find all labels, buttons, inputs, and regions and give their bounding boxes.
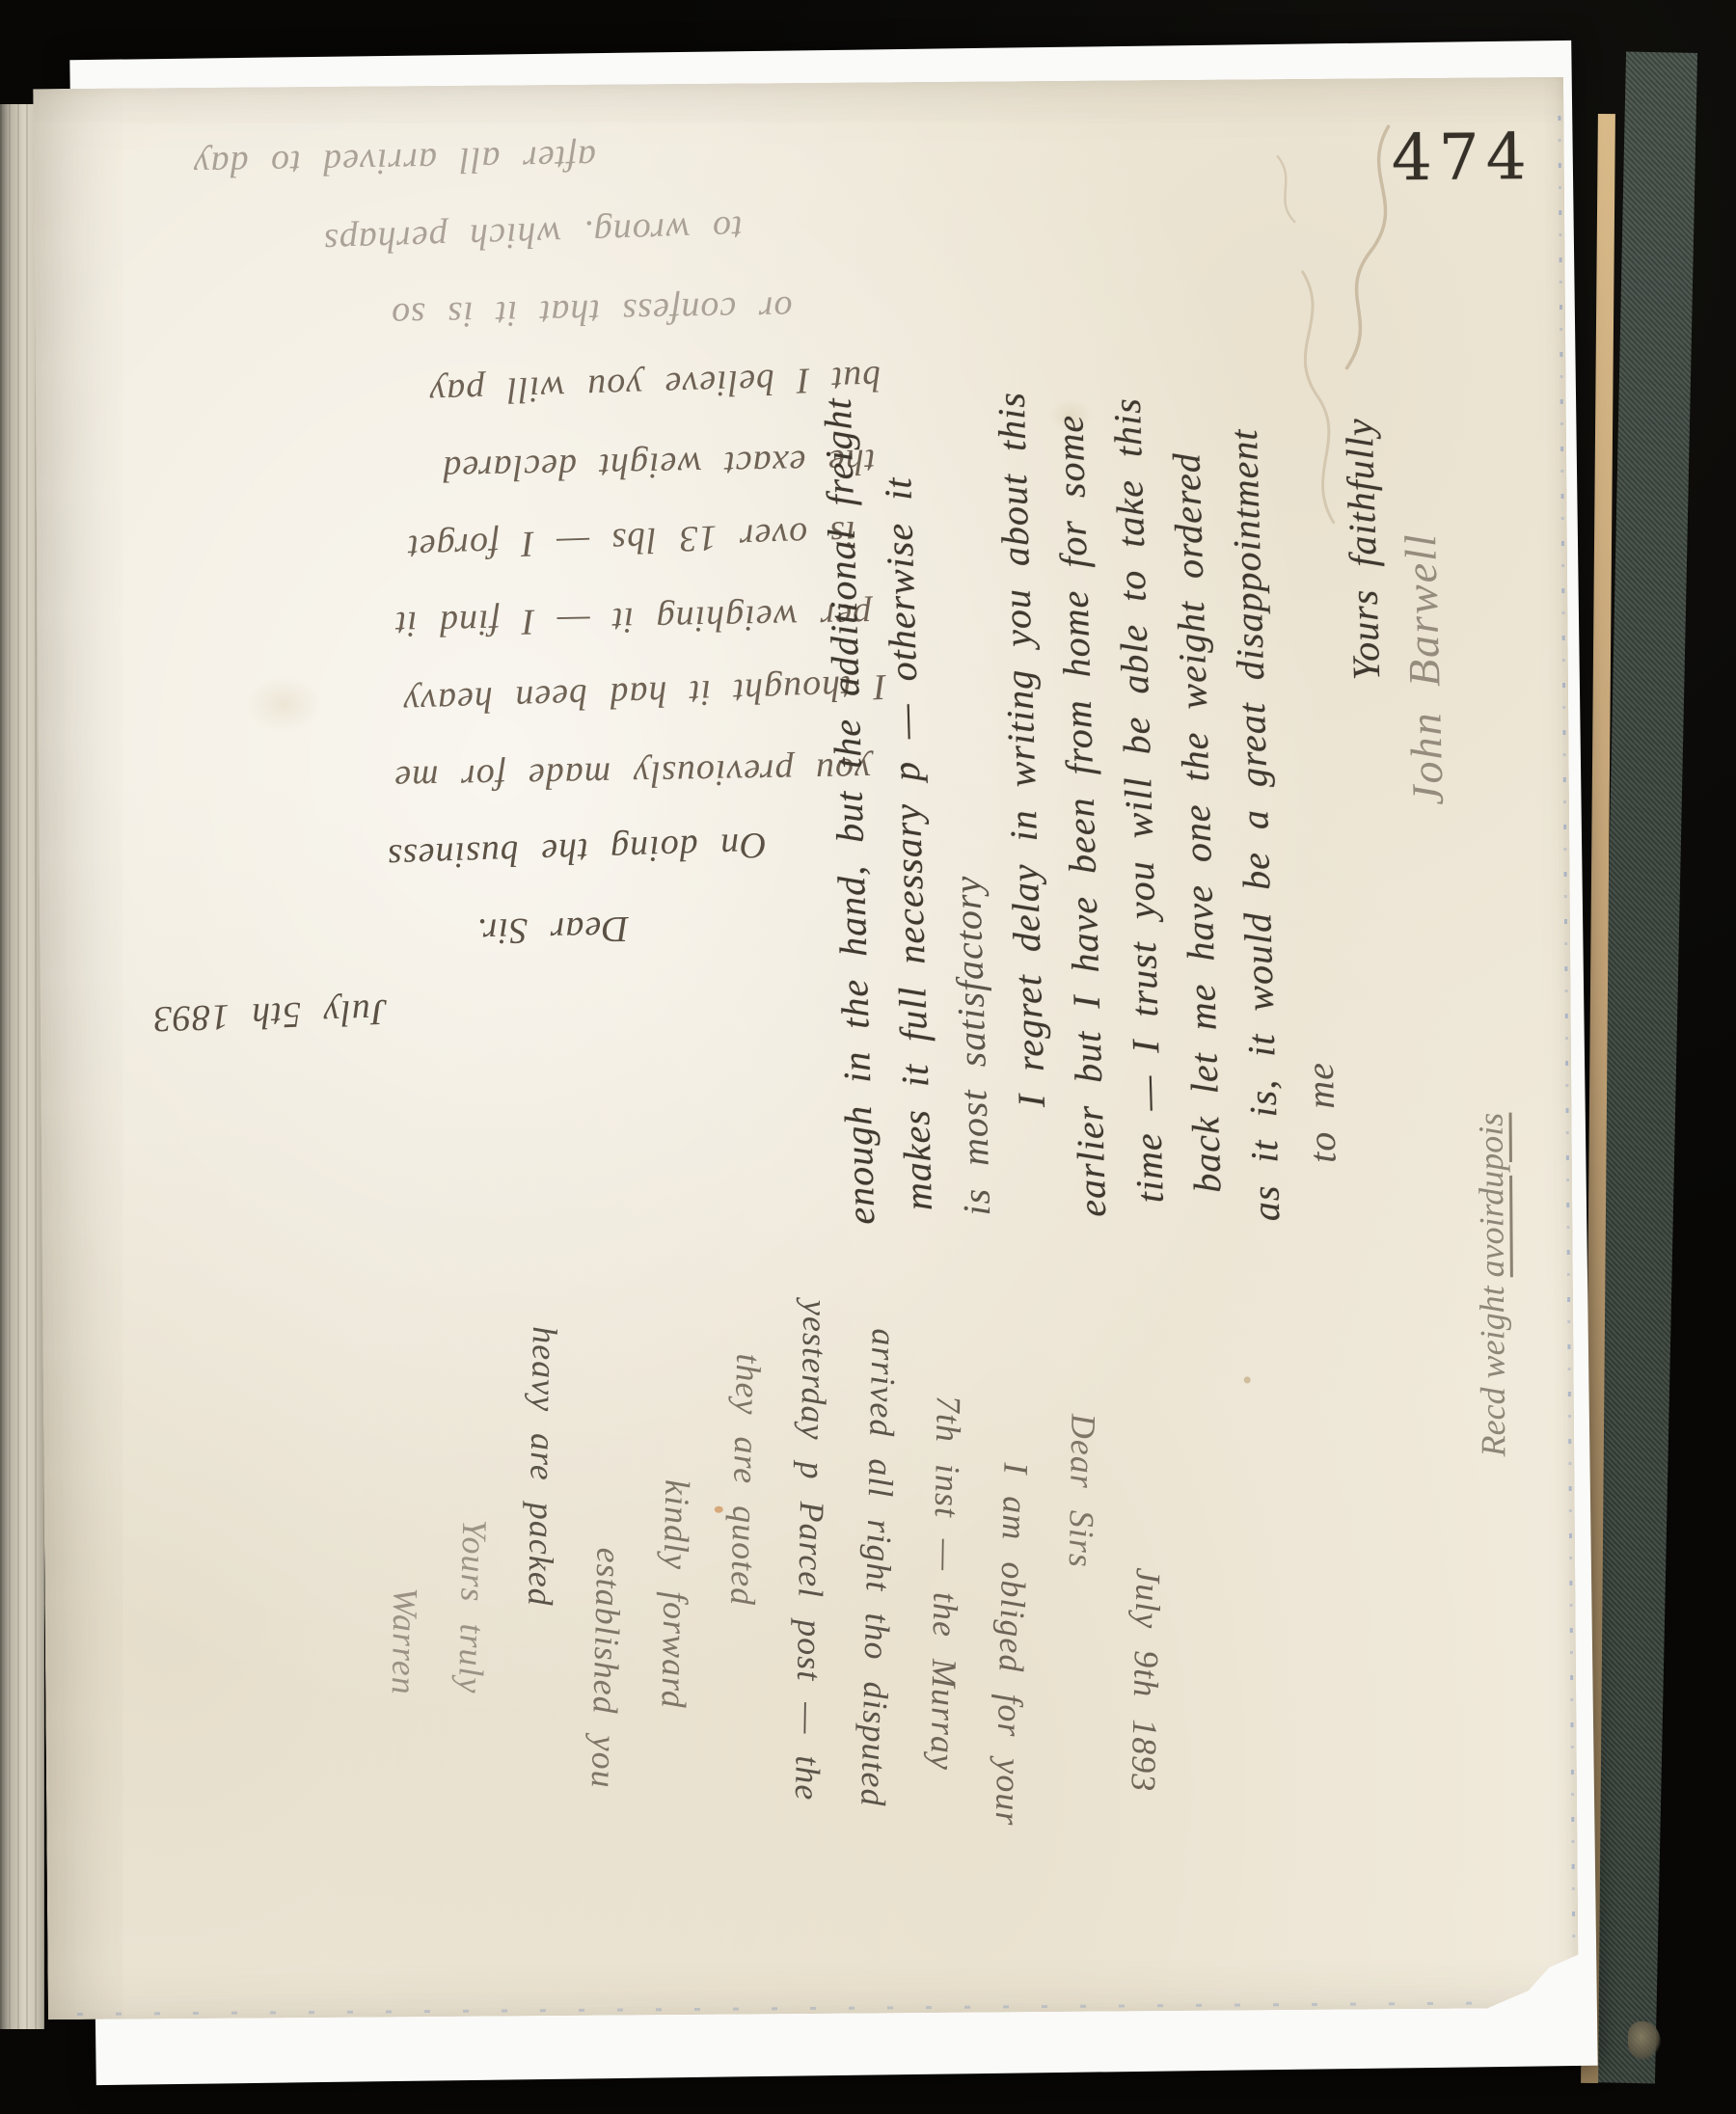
ink-offset-mark [1243,97,1450,562]
frayed-thread [1628,2021,1661,2060]
letterbook-scan: 474 July 5th 1893 Dear Sir. On doing the… [0,0,1736,2114]
paper-stain [1244,1376,1251,1383]
endorsement-text: Recd weight [1473,1277,1512,1456]
date-line: July 9th 1893 [1106,1234,1190,1934]
manuscript-page: 474 July 5th 1893 Dear Sir. On doing the… [33,77,1579,2019]
endorsement-note: Recd weight avoirdupois [1434,656,1566,1457]
manuscript-line: after all arrived to day [43,114,885,205]
second-letter-block: July 9th 1893 Dear Sirs I am obliged for… [373,1234,1194,1940]
endorsement-underlined-text: avoirdupois [1472,1113,1511,1278]
upside-down-letter-block: July 5th 1893 Dear Sir. On doing the bus… [43,102,907,1057]
signature: Warren [366,1240,446,1940]
